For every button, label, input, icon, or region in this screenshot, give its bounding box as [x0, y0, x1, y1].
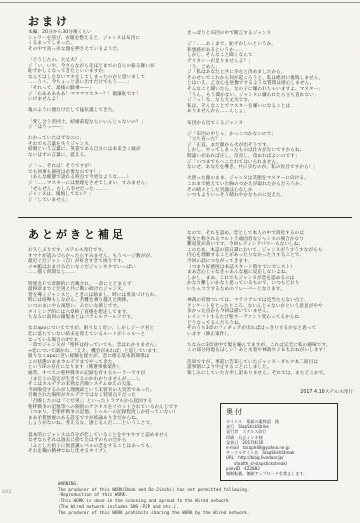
- omake-section-heading: おまけ: [28, 13, 70, 29]
- atogaki-left-column: お久しぶりです、ステルス改行です。 オマケが読みづらかったらすみません、もうペー…: [28, 248, 188, 455]
- colophon-heading: 奥付: [226, 407, 332, 417]
- omake-right-column: きっぱりと布団の中で断言するジャンヌ ジ「……あくまで、恥ずかしいというか。 罪…: [187, 31, 355, 199]
- scan-edge-line: [0, 2, 360, 3]
- atogaki-section-heading: あとがきと補足: [28, 226, 126, 242]
- omake-left-column: 本編、20分から30分後くらい シャワーを浴び、衣服を整えると、ジャンヌは布団に…: [28, 30, 184, 203]
- section-divider-line: [18, 217, 352, 218]
- colophon-box: 奥付 タイトル 薬箱の裏物語 後 発行 SlapStickStrike 発行者 …: [220, 403, 338, 481]
- colophon-details: タイトル 薬箱の裏物語 後 発行 SlapStickStrike 発行者 ステル…: [226, 419, 332, 476]
- copyright-warning-text: WARNING: The producer of this WORK(Book …: [58, 482, 326, 516]
- date-signature: 2017 4.10ステルス改行: [187, 388, 353, 395]
- page-number: 002: [2, 490, 12, 495]
- scanned-doujin-afterword-page: おまけ 本編、20分から30分後くらい シャワーを浴び、衣服を整えると、ジャンヌ…: [0, 0, 360, 523]
- atogaki-right-column: なので、それを認め、恋として本人の中で消化するのは 聖女と称されるウルトラ頑固者…: [187, 231, 355, 376]
